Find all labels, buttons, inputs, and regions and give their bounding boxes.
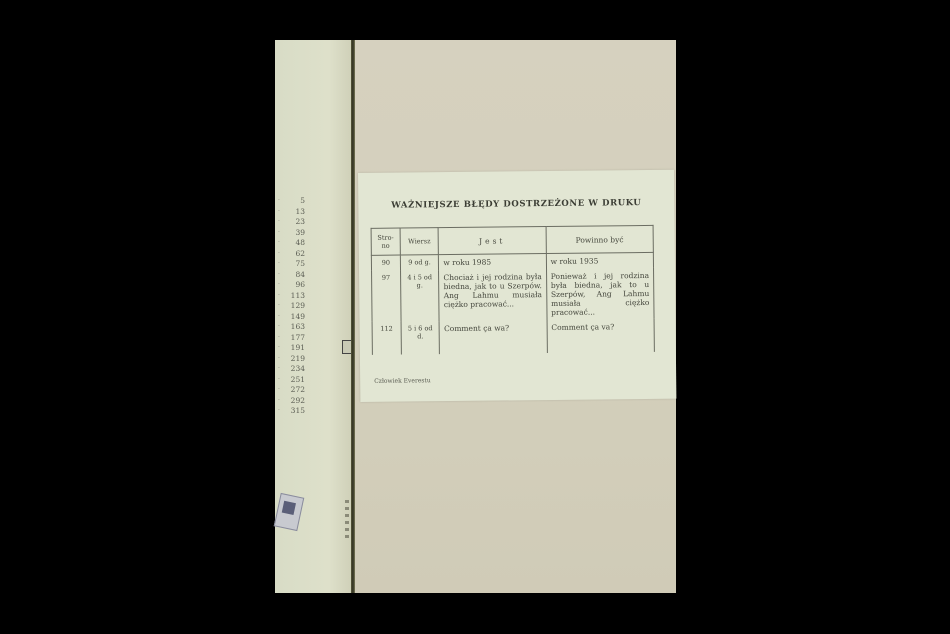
spine-text-marks <box>345 500 349 540</box>
toc-leader-dot: · <box>278 196 284 207</box>
toc-page-number: 75 <box>285 259 305 270</box>
toc-leader-dot: · <box>278 217 284 228</box>
row-is: Chociaż i jej rodzina była biedna, jak t… <box>439 269 547 321</box>
library-stamp-icon <box>274 493 305 531</box>
toc-leader-dots: ····················· <box>278 196 284 417</box>
left-page: ····················· 513233948627584961… <box>275 40 352 593</box>
toc-page-number: 13 <box>285 207 305 218</box>
toc-page-number: 149 <box>285 312 305 323</box>
toc-leader-dot: · <box>278 259 284 270</box>
row-page: 90 <box>371 255 400 271</box>
row-line: 4 i 5 od g. <box>400 270 439 321</box>
errata-title: WAŻNIEJSZE BŁĘDY DOSTRZEŻONE W DRUKU <box>358 198 674 211</box>
table-row: 97 4 i 5 od g. Chociaż i jej rodzina był… <box>372 268 655 322</box>
toc-page-number: 177 <box>285 333 305 344</box>
toc-page-number: 84 <box>285 270 305 281</box>
toc-leader-dot: · <box>278 312 284 323</box>
toc-leader-dot: · <box>278 291 284 302</box>
toc-page-number: 234 <box>285 364 305 375</box>
toc-page-number: 23 <box>285 217 305 228</box>
toc-page-number: 113 <box>285 291 305 302</box>
row-is: w roku 1985 <box>439 254 546 271</box>
toc-leader-dot: · <box>278 375 284 386</box>
toc-leader-dot: · <box>278 249 284 260</box>
toc-page-number: 251 <box>285 375 305 386</box>
toc-leader-dot: · <box>278 333 284 344</box>
toc-leader-dot: · <box>278 280 284 291</box>
errata-table: Stro-no Wiersz Jest Powinno być 90 9 od … <box>371 225 655 355</box>
errata-header-row: Stro-no Wiersz Jest Powinno być <box>371 225 653 255</box>
toc-page-number: 129 <box>285 301 305 312</box>
toc-page-number: 272 <box>285 385 305 396</box>
toc-page-number: 5 <box>285 196 305 207</box>
toc-page-number: 48 <box>285 238 305 249</box>
toc-page-number: 163 <box>285 322 305 333</box>
col-is: Jest <box>438 227 546 255</box>
toc-leader-dot: · <box>278 343 284 354</box>
book-title-footer: Człowiek Everestu <box>374 377 431 385</box>
toc-leader-dot: · <box>278 364 284 375</box>
toc-page-number: 62 <box>285 249 305 260</box>
toc-page-number: 219 <box>285 354 305 365</box>
col-page: Stro-no <box>371 228 400 255</box>
row-page: 97 <box>372 271 401 322</box>
toc-page-number: 315 <box>285 406 305 417</box>
toc-leader-dot: · <box>278 270 284 281</box>
row-is: Comment ça wa? <box>439 320 547 354</box>
errata-slip: WAŻNIEJSZE BŁĘDY DOSTRZEŻONE W DRUKU Str… <box>358 170 676 402</box>
toc-page-number: 191 <box>285 343 305 354</box>
toc-page-numbers: 5132339486275849611312914916317719121923… <box>285 196 305 417</box>
toc-leader-dot: · <box>278 228 284 239</box>
row-line: 9 od g. <box>400 255 439 271</box>
row-page: 112 <box>372 322 401 355</box>
toc-leader-dot: · <box>278 301 284 312</box>
toc-page-number: 292 <box>285 396 305 407</box>
row-should-be: Ponieważ i jej rodzina była biedna, jak … <box>546 268 654 320</box>
row-should-be: Comment ça va? <box>547 319 655 353</box>
toc-leader-dot: · <box>278 385 284 396</box>
row-should-be: w roku 1935 <box>546 252 653 269</box>
toc-leader-dot: · <box>278 322 284 333</box>
toc-page-number: 39 <box>285 228 305 239</box>
toc-leader-dot: · <box>278 396 284 407</box>
col-should-be: Powinno być <box>546 225 654 253</box>
table-row: 112 5 i 6 od d. Comment ça wa? Comment ç… <box>372 319 654 355</box>
row-line: 5 i 6 od d. <box>401 321 440 354</box>
toc-page-number: 96 <box>285 280 305 291</box>
toc-leader-dot: · <box>278 238 284 249</box>
toc-leader-dot: · <box>278 354 284 365</box>
toc-leader-dot: · <box>278 406 284 417</box>
toc-leader-dot: · <box>278 207 284 218</box>
col-line: Wiersz <box>400 228 439 255</box>
